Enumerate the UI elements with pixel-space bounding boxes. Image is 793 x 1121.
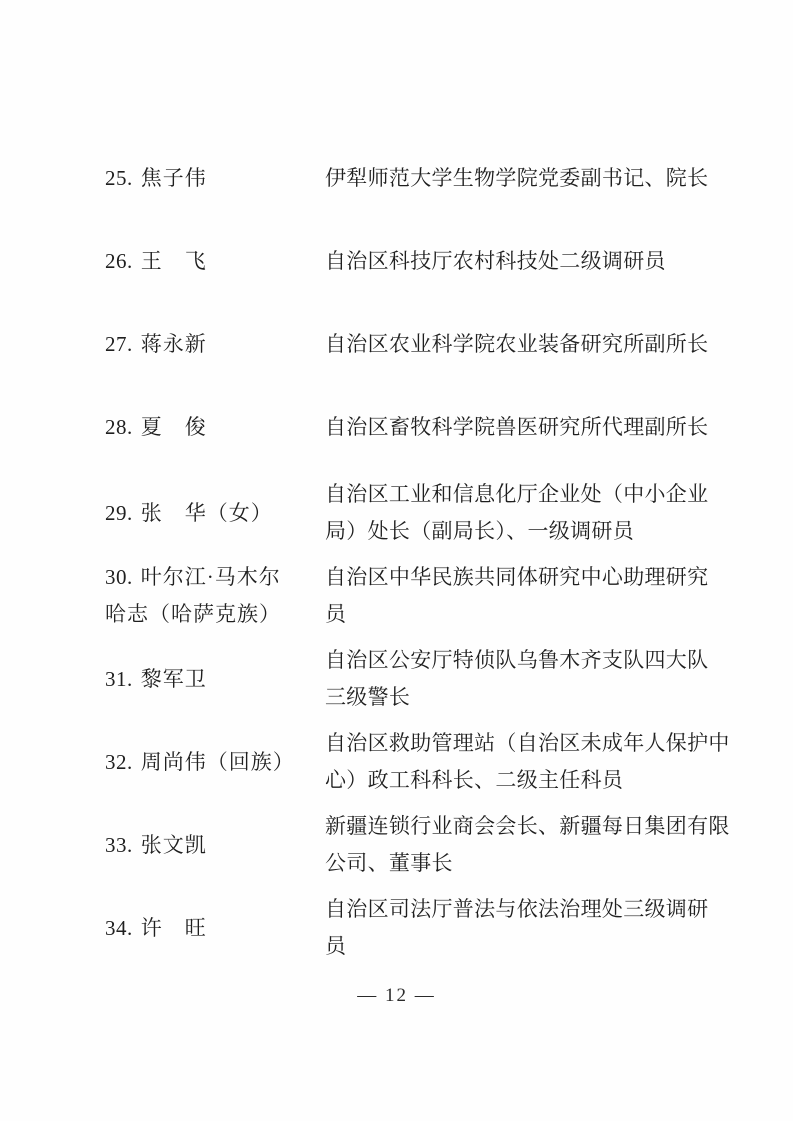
person-name: 焦子伟 (141, 166, 207, 190)
person-name: 张 华（女） (141, 501, 273, 525)
person-name: 许 旺 (141, 916, 207, 940)
list-item: 29.张 华（女） 自治区工业和信息化厅企业处（中小企业 局）处长（副局长）、一… (105, 476, 753, 550)
list-item: 32.周尚伟（回族） 自治区救助管理站（自治区未成年人保护中 心）政工科科长、二… (105, 725, 753, 799)
item-name: 33.张文凯 (105, 827, 325, 864)
item-name: 29.张 华（女） (105, 495, 325, 532)
person-name: 夏 俊 (141, 415, 207, 439)
item-name: 30.叶尔江·马木尔 哈志（哈萨克族） (105, 559, 325, 633)
document-page: 25.焦子伟 伊犁师范大学生物学院党委副书记、院长 26.王 飞 自治区科技厅农… (0, 0, 793, 1121)
item-position: 自治区科技厅农村科技处二级调研员 (325, 243, 755, 280)
list-item: 26.王 飞 自治区科技厅农村科技处二级调研员 (105, 243, 753, 280)
item-number: 30. (105, 565, 133, 589)
item-name: 31.黎军卫 (105, 661, 325, 698)
person-name: 张文凯 (141, 833, 207, 857)
item-number: 29. (105, 501, 133, 525)
list-item: 25.焦子伟 伊犁师范大学生物学院党委副书记、院长 (105, 160, 753, 197)
item-name: 34.许 旺 (105, 910, 325, 947)
person-name: 周尚伟（回族） (141, 750, 295, 774)
list-item: 33.张文凯 新疆连锁行业商会会长、新疆每日集团有限 公司、董事长 (105, 808, 753, 882)
item-name: 32.周尚伟（回族） (105, 744, 325, 781)
page-number: — 12 — (0, 985, 793, 1007)
item-position: 自治区救助管理站（自治区未成年人保护中 心）政工科科长、二级主任科员 (325, 725, 755, 799)
person-name: 黎军卫 (141, 667, 207, 691)
item-position: 伊犁师范大学生物学院党委副书记、院长 (325, 160, 755, 197)
list-item: 31.黎军卫 自治区公安厅特侦队乌鲁木齐支队四大队 三级警长 (105, 642, 753, 716)
item-position: 自治区中华民族共同体研究中心助理研究 员 (325, 559, 755, 633)
item-number: 34. (105, 916, 133, 940)
item-number: 33. (105, 833, 133, 857)
item-number: 31. (105, 667, 133, 691)
item-number: 26. (105, 249, 133, 273)
item-position: 新疆连锁行业商会会长、新疆每日集团有限 公司、董事长 (325, 808, 755, 882)
person-name: 蒋永新 (141, 332, 207, 356)
item-name: 26.王 飞 (105, 243, 325, 280)
item-position: 自治区工业和信息化厅企业处（中小企业 局）处长（副局长）、一级调研员 (325, 476, 755, 550)
list-item: 34.许 旺 自治区司法厅普法与依法治理处三级调研 员 (105, 891, 753, 965)
list-item: 28.夏 俊 自治区畜牧科学院兽医研究所代理副所长 (105, 409, 753, 446)
item-number: 28. (105, 415, 133, 439)
item-position: 自治区农业科学院农业装备研究所副所长 (325, 326, 755, 363)
item-name: 27.蒋永新 (105, 326, 325, 363)
item-number: 25. (105, 166, 133, 190)
item-name: 28.夏 俊 (105, 409, 325, 446)
item-number: 27. (105, 332, 133, 356)
personnel-list: 25.焦子伟 伊犁师范大学生物学院党委副书记、院长 26.王 飞 自治区科技厅农… (105, 160, 753, 965)
person-name: 王 飞 (141, 249, 207, 273)
list-item: 30.叶尔江·马木尔 哈志（哈萨克族） 自治区中华民族共同体研究中心助理研究 员 (105, 559, 753, 633)
item-number: 32. (105, 750, 133, 774)
item-name: 25.焦子伟 (105, 160, 325, 197)
list-item: 27.蒋永新 自治区农业科学院农业装备研究所副所长 (105, 326, 753, 363)
item-position: 自治区公安厅特侦队乌鲁木齐支队四大队 三级警长 (325, 642, 755, 716)
item-position: 自治区畜牧科学院兽医研究所代理副所长 (325, 409, 755, 446)
item-position: 自治区司法厅普法与依法治理处三级调研 员 (325, 891, 755, 965)
